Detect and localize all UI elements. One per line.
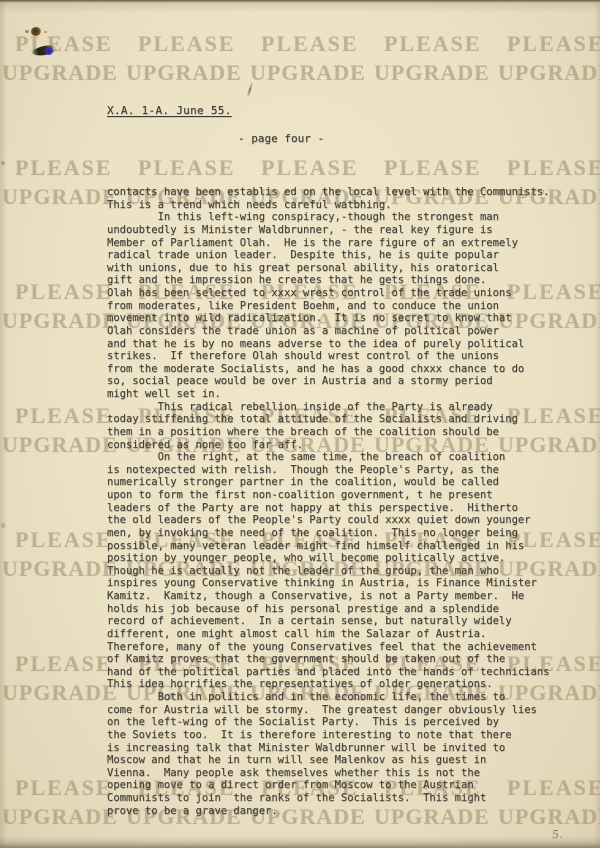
body-line: opening move to a direct order from Mosc… [107, 779, 550, 792]
watermark-word-upgrade: UPGRADE [2, 434, 118, 456]
body-line: with unions, due to his great personal a… [107, 262, 550, 275]
watermark-word-please: PLEASE [138, 157, 236, 179]
body-line: so, social peace would be over in Austri… [107, 375, 550, 388]
watermark-word-please: PLEASE [138, 33, 236, 55]
body-line: contacts have been establis ed on the lo… [107, 186, 550, 199]
scanned-document-page: PLEASEUPGRADEPLEASEUPGRADEPLEASEUPGRADEP… [0, 0, 600, 848]
body-line: different, one might almost call him the… [107, 628, 550, 641]
paper-bottom-edge [0, 838, 600, 848]
body-line: radical trade union leader. Despite this… [107, 249, 550, 262]
watermark-word-upgrade: UPGRADE [2, 62, 118, 84]
body-line: the Soviets too. It is therefore interes… [107, 729, 550, 742]
body-line: holds his job because of his personal pr… [107, 603, 550, 616]
body-line: from moderates, like President Boehm, an… [107, 300, 550, 313]
body-line: This is a trend which needs careful watb… [107, 199, 550, 212]
body-line: Though he is actually not the leader of … [107, 565, 550, 578]
watermark-word-please: PLEASE [261, 33, 359, 55]
watermark-word-upgrade: UPGRADE [2, 682, 118, 704]
page-number-annotation: 5. [552, 828, 563, 842]
document-body: contacts have been establis ed on the lo… [107, 186, 550, 817]
body-line: men, by invoking the need of the coaliti… [107, 527, 550, 540]
ink-speck [44, 31, 47, 33]
body-line: gift and the impression he creates that … [107, 274, 550, 287]
watermark-word-please: PLEASE [15, 777, 113, 799]
body-line: strikes. If therefore Olah should wrest … [107, 350, 550, 363]
body-line: movement into wild radicalization. It is… [107, 312, 550, 325]
body-line: upon to form the first non-coalition gov… [107, 489, 550, 502]
body-line: today stiffening the total attitude of t… [107, 413, 550, 426]
watermark-word-upgrade: UPGRADE [2, 558, 118, 580]
body-line: them in a position where the breach of t… [107, 426, 550, 439]
blue-ink-dot [45, 47, 53, 55]
watermark-word-upgrade: UPGRADE [2, 310, 118, 332]
body-line: considered as none too far aff. [107, 439, 550, 452]
body-line: numerically stronger partner in the coal… [107, 476, 550, 489]
ink-blot [31, 27, 41, 36]
ink-smudge [31, 44, 57, 57]
watermark-word-upgrade: UPGRADE [126, 62, 242, 84]
body-line: Olah considers the trade union as a mach… [107, 325, 550, 338]
body-line: undoubtedly is Minister Waldbrunner, - t… [107, 224, 550, 237]
watermark-word-please: PLEASE [15, 653, 113, 675]
body-line: inspires young Conservative thinking in … [107, 577, 550, 590]
watermark-word-upgrade: UPGRADE [498, 62, 600, 84]
watermark-word-please: PLEASE [15, 281, 113, 303]
pen-mark [247, 82, 253, 97]
watermark-word-upgrade: UPGRADE [2, 806, 118, 828]
watermark-word-please: PLEASE [15, 529, 113, 551]
watermark-word-upgrade: UPGRADE [250, 62, 366, 84]
body-line: record of achievement. In a certain sens… [107, 615, 550, 628]
watermark-word-please: PLEASE [261, 157, 359, 179]
body-line: the old leaders of the People's Party co… [107, 514, 550, 527]
body-line: prove to be a grave danger. [107, 805, 550, 818]
watermark-word-please: PLEASE [15, 405, 113, 427]
watermark-word-upgrade: UPGRADE [2, 186, 118, 208]
body-line: Member of Parliament Olah. He is the rar… [107, 237, 550, 250]
body-line: position by younger people, who will bec… [107, 552, 550, 565]
body-line: Olah has been selected to xxxx wrest con… [107, 287, 550, 300]
body-line: might well set in. [107, 388, 550, 401]
page-label: - page four - [238, 132, 324, 145]
body-line: Vienna. Many people ask themselves wheth… [107, 767, 550, 780]
body-line: hand of the political parties and placed… [107, 666, 550, 679]
body-line: come for Austria will be stormy. The gre… [107, 704, 550, 717]
body-line: and that he is by no means adverse to th… [107, 338, 550, 351]
watermark-word-please: PLEASE [507, 157, 600, 179]
body-line: Both in politics and in the economic lif… [107, 691, 550, 704]
ink-speck [25, 30, 29, 33]
body-line: leaders of the Party are not happy at th… [107, 502, 550, 515]
body-line: On the right, at the same time, the brea… [107, 451, 550, 464]
document-reference: X.A. 1-A. June 55. [107, 104, 232, 117]
body-line: Communists to join the ranks of the Soci… [107, 792, 550, 805]
body-line: of Kamitz proves that the government sho… [107, 653, 550, 666]
body-line: Therefore, many of the young Conservativ… [107, 641, 550, 654]
body-line: on the left-wing of the Socialist Party.… [107, 716, 550, 729]
watermark-word-please: PLEASE [507, 33, 600, 55]
body-line: Moscow and that he in turn will see Male… [107, 754, 550, 767]
watermark-word-please: PLEASE [384, 157, 482, 179]
body-line: is notexpected with relish. Though the P… [107, 464, 550, 477]
watermark-word-please: PLEASE [384, 33, 482, 55]
body-line: Kamitz. Kamitz, though a Conservative, i… [107, 590, 550, 603]
body-line: This radical rebellion inside of the Par… [107, 401, 550, 414]
body-line: This idea horrifies the representatives … [107, 678, 550, 691]
watermark-word-upgrade: UPGRADE [374, 62, 490, 84]
red-speck [1, 161, 5, 165]
body-line: from the moderate Socialists, and he has… [107, 363, 550, 376]
watermark-word-please: PLEASE [15, 157, 113, 179]
watermark-word-please: PLEASE [15, 33, 113, 55]
red-speck [1, 523, 5, 528]
document-reference-text: X.A. 1-A. June 55. [107, 104, 232, 117]
body-line: possible, many veteran leader might find… [107, 540, 550, 553]
body-line: is increasing talk that Minister Waldbru… [107, 742, 550, 755]
body-line: In this left-wing conspiracy,-though the… [107, 211, 550, 224]
